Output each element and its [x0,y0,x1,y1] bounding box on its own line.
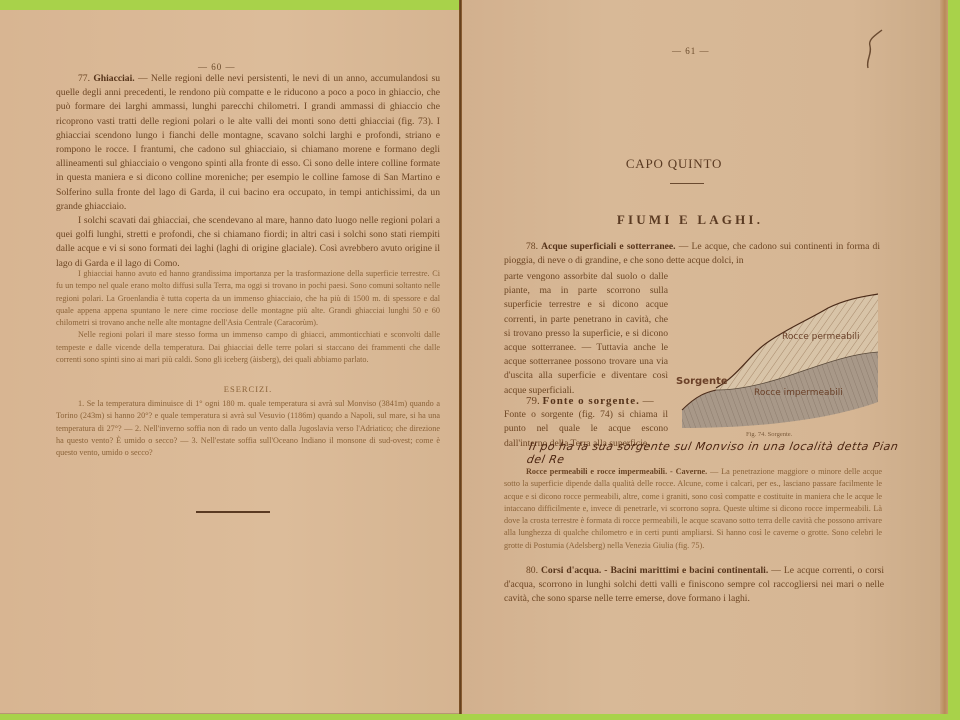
figure-74-sorgente: Rocce permeabili Rocce impermeabili [678,292,878,430]
handwritten-note: Il po ha la sua sorgente sul Monviso in … [526,440,911,466]
page-number-left: — 60 — [198,62,236,72]
end-rule-left [196,511,270,513]
left-small-print: I ghiacciai hanno avuto ed hanno grandis… [56,268,440,366]
section-78-title: Acque superficiali e sotterranee. [541,241,675,252]
right-small-print: Rocce permeabili e rocce impermeabili. -… [504,466,882,552]
section-78-intro: 78. Acque superficiali e sotterranee. — … [504,240,880,268]
section-78-number: 78. [526,241,538,252]
section-77-title: Ghiacciai. [93,73,134,84]
section-80-number: 80. [526,565,538,576]
section-79-number: 79. [526,395,540,407]
label-impermeable-rocks: Rocce impermeabili [754,388,843,398]
section-77-paragraph-1: Nelle regioni delle nevi persistenti, le… [56,73,440,212]
book-gutter [459,0,462,714]
section-79-title: Fonte o sorgente. [543,395,640,407]
page-number-right: — 61 — [672,46,710,56]
exercises-body: 1. Se la temperatura diminuisce di 1° og… [56,398,440,459]
figure-caption: Fig. 74. Sorgente. [746,431,792,438]
exercises-heading: ESERCIZI. [56,384,440,394]
chapter-title: CAPO QUINTO [600,156,748,172]
section-80-title: Corsi d'acqua. - Bacini marittimi e baci… [541,565,768,576]
small-print-text: La penetrazione maggiore o minore delle … [504,467,882,550]
chapter-rule [670,183,704,184]
exercises-text: 1. Se la temperatura diminuisce di 1° og… [56,398,440,459]
small-print-title: Rocce permeabili e rocce impermeabili. -… [526,467,707,476]
spring-cross-section-illustration [678,292,878,430]
label-permeable-rocks: Rocce permeabili [782,332,859,342]
section-78-column-text: parte vengono assorbite dal suolo o dall… [504,270,668,398]
page-edge [940,0,948,714]
section-80: 80. Corsi d'acqua. - Bacini marittimi e … [504,564,884,607]
small-print-paragraph-1: I ghiacciai hanno avuto ed hanno grandis… [56,268,440,329]
label-sorgente: Sorgente [676,376,728,387]
section-77-paragraph-2: I solchi scavati dai ghiacciai, che scen… [56,214,440,271]
section-78-column: parte vengono assorbite dal suolo o dall… [504,270,668,398]
pencil-mark [858,28,886,72]
open-book-spread: — 60 — 77. Ghiacciai. — Nelle regioni de… [0,0,960,720]
section-77-number: 77. [78,73,90,84]
section-title: FIUMI E LAGHI. [590,212,790,228]
section-77-ghiacciai: 77. Ghiacciai. — Nelle regioni delle nev… [56,72,440,271]
small-print-paragraph-2: Nelle regioni polari il mare stesso form… [56,329,440,366]
